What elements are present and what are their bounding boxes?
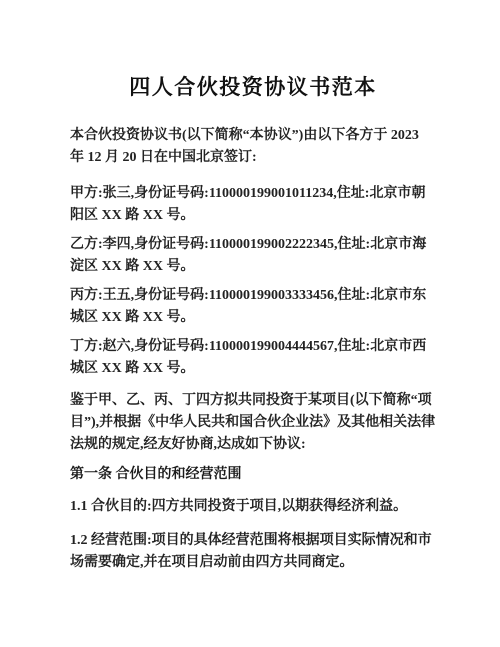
document-title: 四人合伙投资协议书范本 (70, 73, 436, 101)
party-d-paragraph: 丁方:赵六,身份证号码:110000199004444567,住址:北京市西城区… (70, 336, 436, 380)
party-b-paragraph: 乙方:李四,身份证号码:110000199002222345,住址:北京市海淀区… (70, 234, 436, 278)
party-a-paragraph: 甲方:张三,身份证号码:110000199001011234,住址:北京市朝阳区… (70, 183, 436, 227)
document-page: 四人合伙投资协议书范本 本合伙投资协议书(以下简称“本协议”)由以下各方于 20… (0, 0, 500, 647)
party-c-paragraph: 丙方:王五,身份证号码:110000199003333456,住址:北京市东城区… (70, 285, 436, 329)
section-1-heading: 第一条 合伙目的和经营范围 (70, 464, 436, 486)
clause-1-2-paragraph: 1.2 经营范围:项目的具体经营范围将根据项目实际情况和市场需要确定,并在项目启… (70, 530, 436, 574)
intro-paragraph: 本合伙投资协议书(以下简称“本协议”)由以下各方于 2023 年 12 月 20… (70, 125, 436, 169)
recital-paragraph: 鉴于甲、乙、丙、丁四方拟共同投资于某项目(以下简称“项目”),并根据《中华人民共… (70, 390, 436, 456)
clause-1-1-paragraph: 1.1 合伙目的:四方共同投资于项目,以期获得经济利益。 (70, 496, 436, 518)
